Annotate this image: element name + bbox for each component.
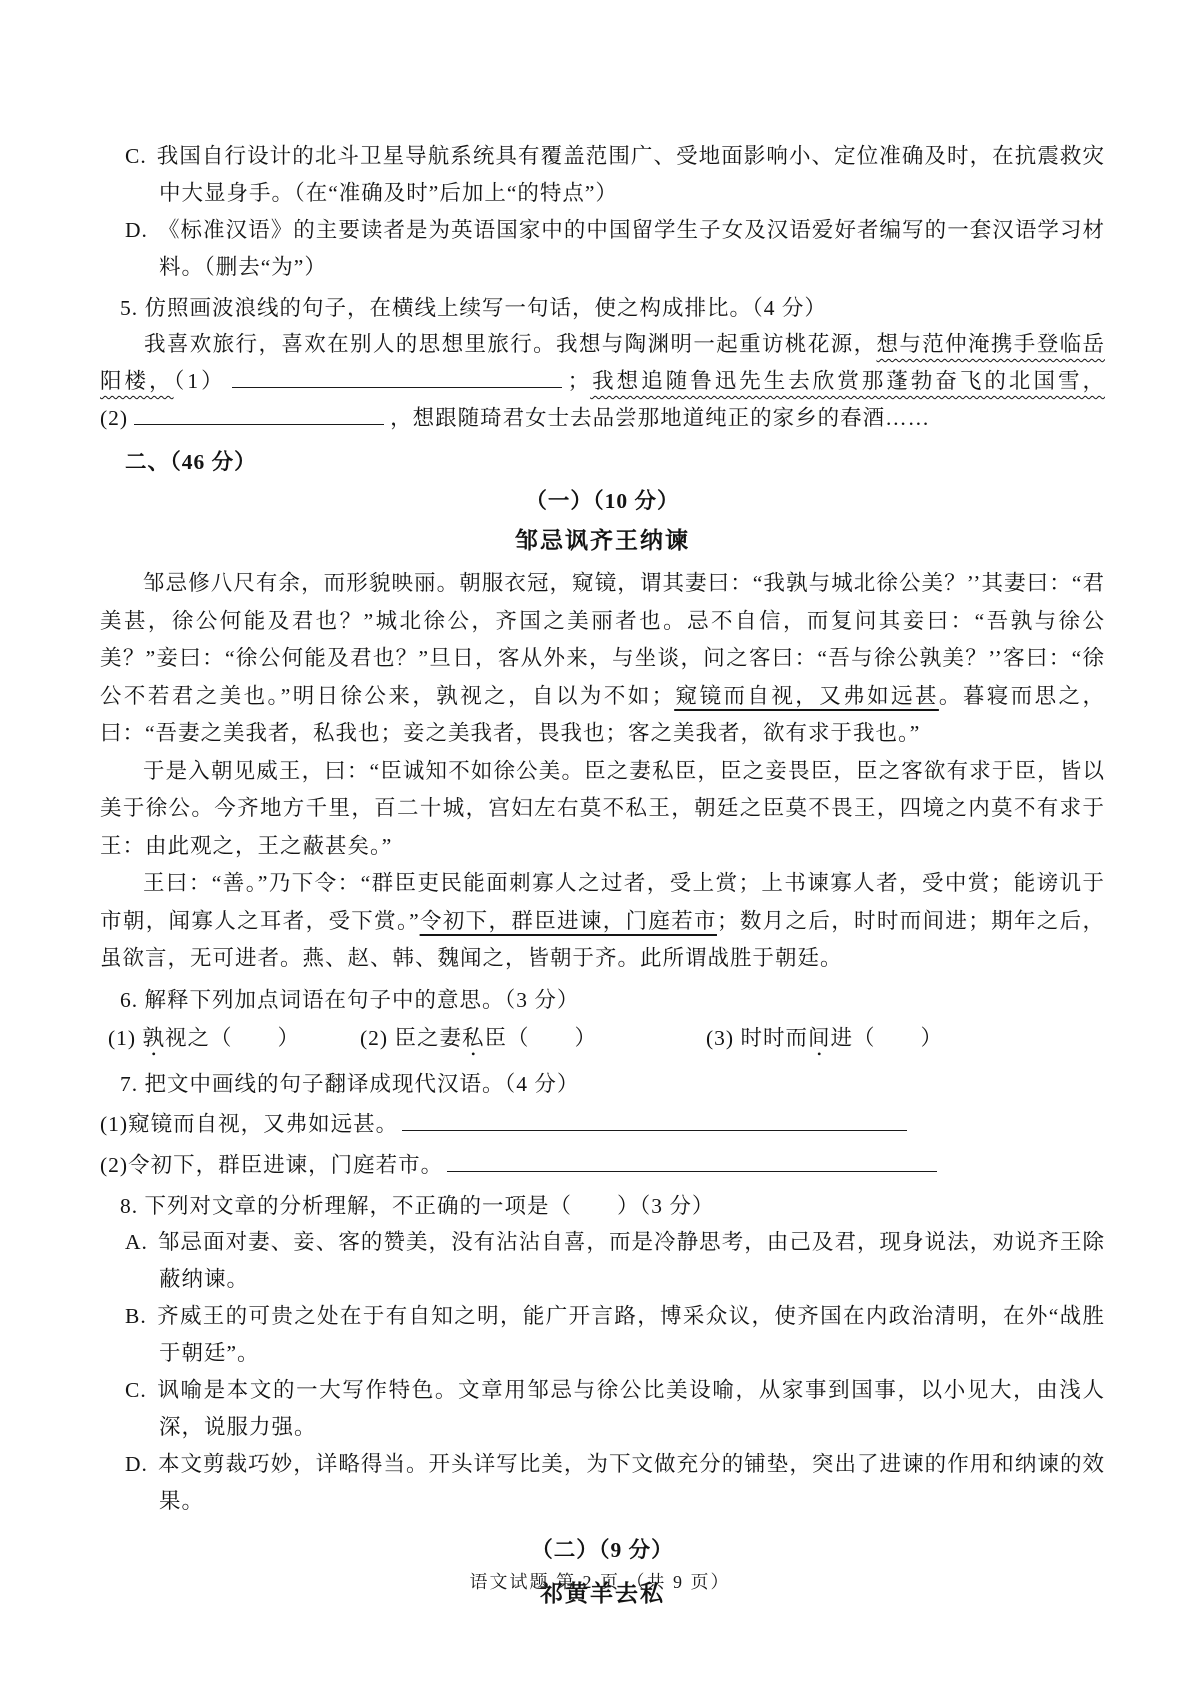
section2-heading: 二、（46 分） — [125, 443, 1105, 481]
option-c2-label: C. — [125, 1378, 147, 1402]
question5-line2: 阳楼，（1）；我想追随鲁迅先生去欣赏那蓬勃奋飞的北国雪， — [100, 363, 1105, 400]
option-b-text: 齐威王的可贵之处在于有自知之明，能广开言路，博采众议，使齐国在内政治清明，在外“… — [157, 1304, 1105, 1365]
question6-stem: 6. 解释下列加点词语在句子中的意思。（3 分） — [120, 982, 1105, 1018]
option-d2-text: 本文剪裁巧妙，详略得当。开头详写比美，为下文做充分的铺垫，突出了进谏的作用和纳谏… — [158, 1452, 1105, 1513]
part1-passage-title: 邹忌讽齐王纳谏 — [100, 521, 1105, 561]
item2-dotted-word: 私 — [462, 1026, 485, 1051]
exam-paper-page: C.我国自行设计的北斗卫星导航系统具有覆盖范围广、受地面影响小、定位准确及时，在… — [0, 0, 1200, 1698]
passage-paragraph-1: 邹忌修八尺有余，而形貌映丽。朝服衣冠，窥镜，谓其妻曰：“我孰与城北徐公美？’’其… — [100, 565, 1105, 753]
item3-post: 进（ ） — [830, 1026, 943, 1050]
paragraph3-underlined-sentence: 令初下，群臣进谏，门庭若市 — [420, 909, 717, 933]
question5-blank2-label: (2) — [100, 406, 128, 430]
option-d2-label: D. — [125, 1452, 148, 1476]
question8-option-b: B.齐威王的可贵之处在于有自知之明，能广开言路，博采众议，使齐国在内政治清明，在… — [125, 1298, 1105, 1372]
item2-pre: (2) 臣之妻 — [360, 1026, 462, 1050]
question5-blank1-label: （1） — [174, 369, 226, 393]
item1-pre: (1) — [108, 1026, 142, 1050]
question5-line3: (2)，想跟随琦君女士去品尝那地道纯正的家乡的春酒…… — [100, 400, 1105, 437]
question8-stem: 8. 下列对文章的分析理解，不正确的一项是（ ）（3 分） — [120, 1188, 1105, 1224]
answer-blank-translation-1 — [402, 1108, 907, 1131]
question5-semicolon: ； — [568, 369, 591, 393]
part1-heading: （一）（10 分） — [100, 481, 1105, 521]
question7-item1-text: (1)窥镜而自视，又弗如远甚。 — [100, 1112, 398, 1136]
answer-blank-1 — [232, 366, 562, 389]
item1-post: 视之（ ） — [165, 1026, 300, 1050]
question5-line1-wavy-text: 想与范仲淹携手登临岳 — [876, 332, 1105, 356]
question7-item2: (2)令初下，群臣进谏，门庭若市。 — [100, 1147, 1105, 1184]
question7-item1: (1)窥镜而自视，又弗如远甚。 — [100, 1106, 1105, 1143]
item3-pre: (3) 时时而 — [706, 1026, 808, 1050]
paragraph1-underlined-sentence: 窥镜而自视，又弗如远甚 — [674, 684, 939, 708]
question5-line3-text: ，想跟随琦君女士去品尝那地道纯正的家乡的春酒…… — [390, 406, 930, 430]
question8-option-c: C.讽喻是本文的一大写作特色。文章用邹忌与徐公比美设喻，从家事到国事，以小见大，… — [125, 1372, 1105, 1446]
option-a-label: A. — [125, 1230, 148, 1254]
part2-heading: （二）（9 分） — [100, 1530, 1105, 1570]
question8-option-a: A.邹忌面对妻、妾、客的赞美，没有沾沾自喜，而是冷静思考，由己及君，现身说法，劝… — [125, 1224, 1105, 1298]
question5-line2-wavy-tail: 我想追随鲁迅先生去欣赏那蓬勃奋飞的北国雪， — [590, 369, 1105, 393]
option-b-label: B. — [125, 1304, 147, 1328]
page-content: C.我国自行设计的北斗卫星导航系统具有覆盖范围广、受地面影响小、定位准确及时，在… — [100, 138, 1105, 1614]
question8-option-d: D.本文剪裁巧妙，详略得当。开头详写比美，为下文做充分的铺垫，突出了进谏的作用和… — [125, 1446, 1105, 1520]
answer-blank-2 — [134, 403, 384, 426]
passage-paragraph-2: 于是入朝见威王，曰：“臣诚知不如徐公美。臣之妻私臣，臣之妾畏臣，臣之客欲有求于臣… — [100, 753, 1105, 866]
question4-option-c: C.我国自行设计的北斗卫星导航系统具有覆盖范围广、受地面影响小、定位准确及时，在… — [125, 138, 1105, 212]
question5-line2-wavy-head: 阳楼， — [100, 369, 174, 393]
page-footer: 语文试题 第 2 页 （共 9 页） — [0, 1568, 1200, 1594]
question5-line1-text: 我喜欢旅行，喜欢在别人的思想里旅行。我想与陶渊明一起重访桃花源， — [144, 332, 876, 356]
option-c-text: 我国自行设计的北斗卫星导航系统具有覆盖范围广、受地面影响小、定位准确及时，在抗震… — [157, 144, 1105, 205]
question7-stem: 7. 把文中画线的句子翻译成现代汉语。（4 分） — [120, 1066, 1105, 1102]
item3-dotted-word: 间 — [808, 1026, 831, 1051]
option-d-text: 《标准汉语》的主要读者是为英语国家中的中国留学生子女及汉语爱好者编写的一套汉语学… — [158, 218, 1105, 279]
question7-item2-text: (2)令初下，群臣进谏，门庭若市。 — [100, 1153, 443, 1177]
option-d-label: D. — [125, 218, 148, 242]
question5-stem: 5. 仿照画波浪线的句子，在横线上续写一句话，使之构成排比。（4 分） — [120, 290, 1105, 326]
question5-line1: 我喜欢旅行，喜欢在别人的思想里旅行。我想与陶渊明一起重访桃花源，想与范仲淹携手登… — [100, 326, 1105, 363]
item2-post: 臣（ ） — [484, 1026, 597, 1050]
option-a-text: 邹忌面对妻、妾、客的赞美，没有沾沾自喜，而是冷静思考，由己及君，现身说法，劝说齐… — [158, 1230, 1105, 1291]
item1-dotted-word: 孰 — [142, 1026, 165, 1051]
question6-items: (1) 孰视之（ ） (2) 臣之妻私臣（ ） (3) 时时而间进（ ） — [108, 1018, 1105, 1058]
question6-item1: (1) 孰视之（ ） — [108, 1018, 360, 1058]
answer-blank-translation-2 — [447, 1149, 937, 1172]
question4-option-d: D.《标准汉语》的主要读者是为英语国家中的中国留学生子女及汉语爱好者编写的一套汉… — [125, 212, 1105, 286]
question6-item2: (2) 臣之妻私臣（ ） — [360, 1018, 706, 1058]
question6-item3: (3) 时时而间进（ ） — [706, 1018, 943, 1058]
option-c-label: C. — [125, 144, 147, 168]
passage-zoujii: 邹忌修八尺有余，而形貌映丽。朝服衣冠，窥镜，谓其妻曰：“我孰与城北徐公美？’’其… — [100, 565, 1105, 978]
passage-paragraph-3: 王曰：“善。”乃下令：“群臣吏民能面刺寡人之过者，受上赏；上书谏寡人者，受中赏；… — [100, 865, 1105, 978]
option-c2-text: 讽喻是本文的一大写作特色。文章用邹忌与徐公比美设喻，从家事到国事，以小见大，由浅… — [157, 1378, 1105, 1439]
